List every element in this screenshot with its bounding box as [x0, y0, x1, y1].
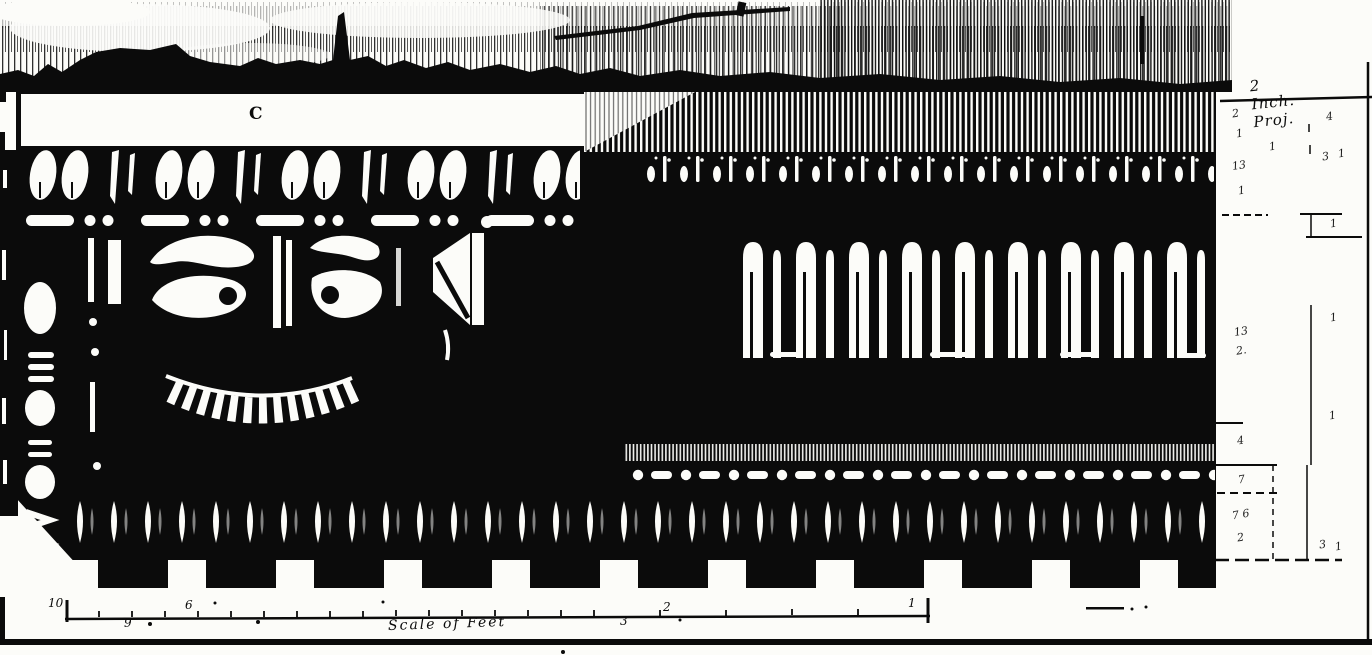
- scale-label: 1: [908, 596, 916, 610]
- measure-entry: 7 6: [1231, 507, 1250, 523]
- frieze-hatching: [584, 92, 1216, 152]
- scale-label: 6: [185, 598, 193, 612]
- fluted-band: [735, 228, 1215, 358]
- scale-label: 3: [620, 614, 628, 628]
- measure-entry: 13: [1231, 158, 1247, 173]
- comb-band: [625, 444, 1215, 461]
- rosette-band: [640, 150, 1214, 188]
- scale-label: 9: [124, 616, 132, 630]
- measure-entry: 13: [1233, 324, 1249, 339]
- scale-bar: [65, 598, 1148, 654]
- measure-entry: 2.: [1235, 343, 1247, 357]
- label-band: [18, 94, 584, 146]
- dentil-teeth: [60, 558, 1216, 588]
- measure-header-flourish: 2: [1249, 76, 1261, 95]
- left-border: [0, 150, 18, 642]
- scale-label: 2: [663, 600, 671, 614]
- scale-label: 10: [48, 596, 63, 610]
- engraved-plate-sheet: C 2 Inch. Proj. 21413113111132.1477 6231…: [0, 0, 1372, 655]
- sheet-bottom-border: [0, 639, 1372, 645]
- bead-molding: [20, 212, 580, 229]
- measure-header-right: Proj.: [1253, 109, 1295, 131]
- acanthus-tip-row: [62, 498, 1210, 546]
- plate-engraving: [0, 0, 1372, 655]
- bead-reel-band: [625, 466, 1215, 484]
- section-label: C: [249, 104, 264, 124]
- egg-and-dart-molding: [20, 148, 580, 210]
- label-band-edge: [16, 94, 21, 146]
